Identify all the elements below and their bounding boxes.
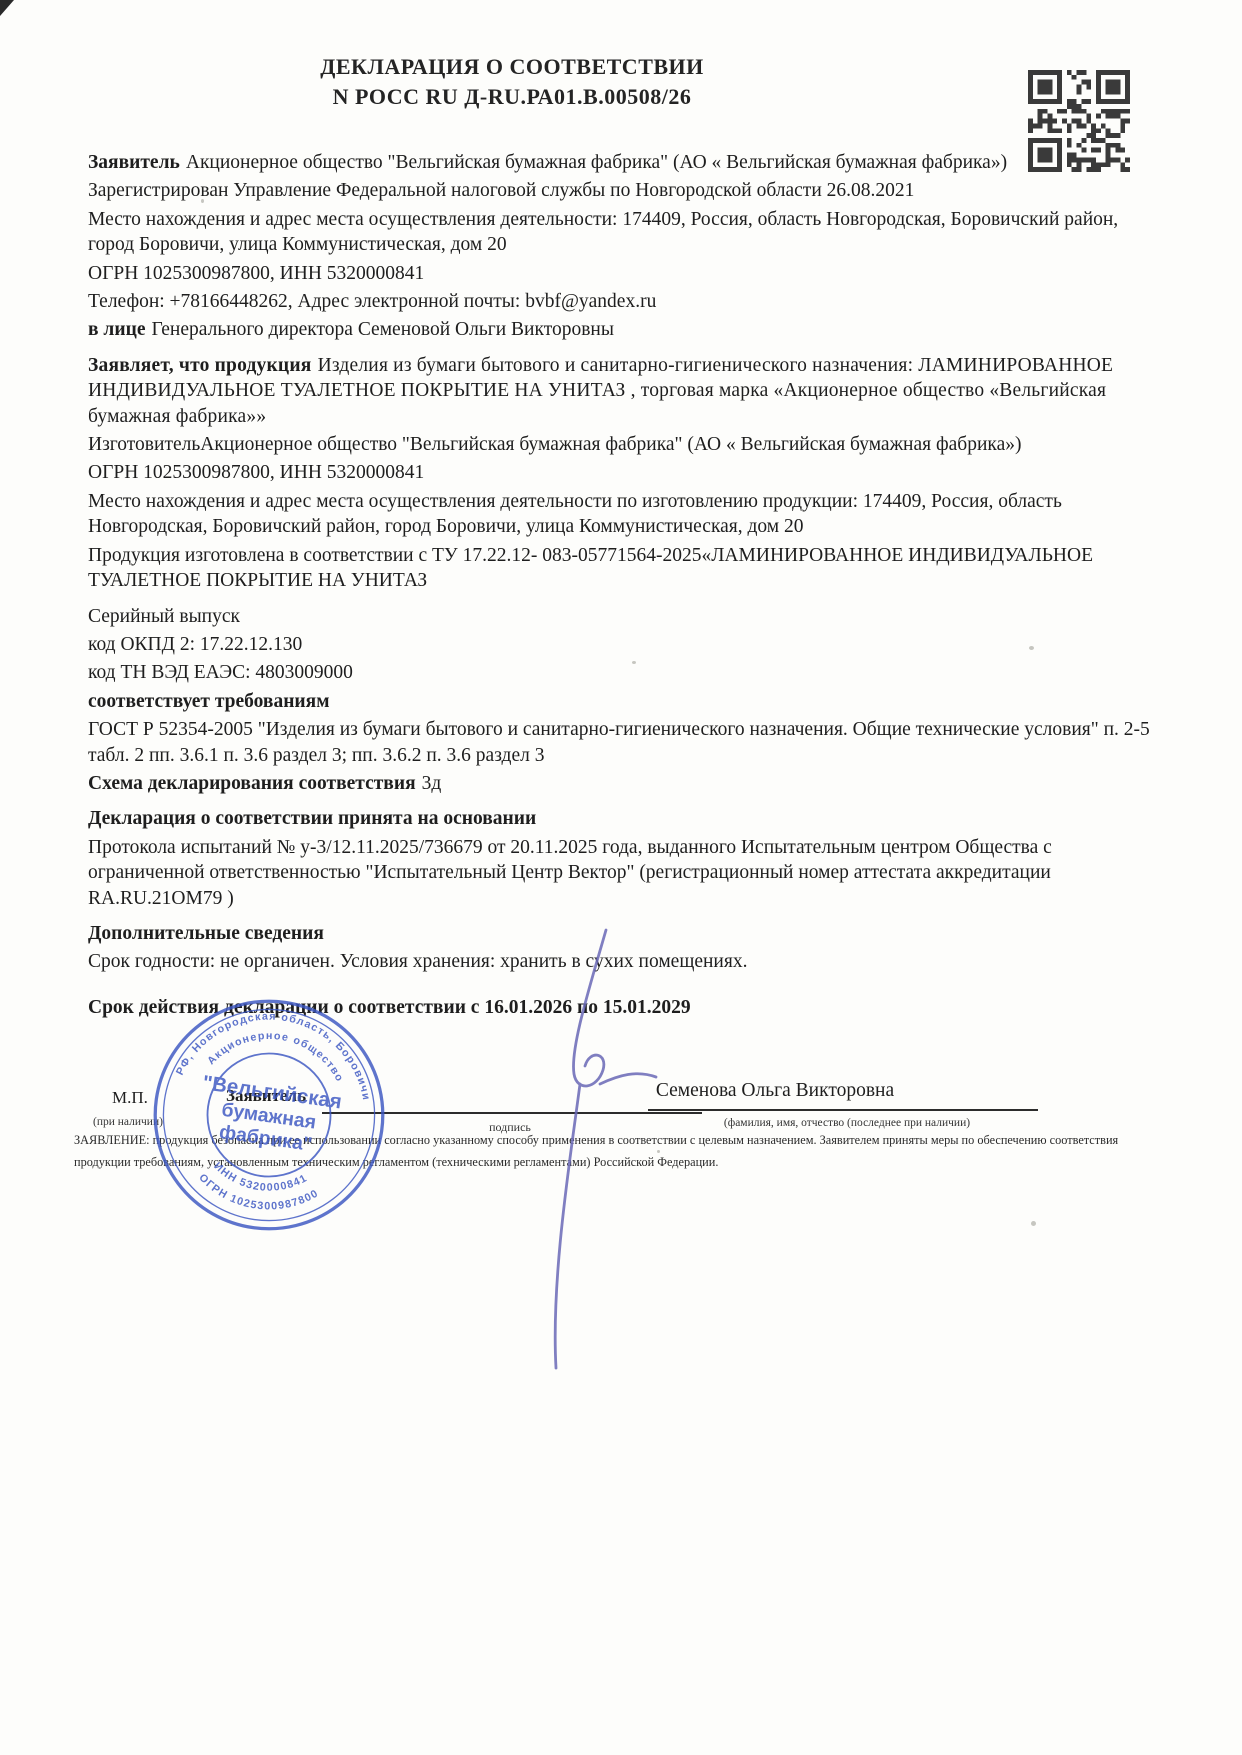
basis-text: Протокола испытаний № у-3/12.11.2025/736…	[88, 835, 1156, 911]
manufacturer-ogrn-inn: ОГРН 1025300987800, ИНН 5320000841	[88, 460, 1156, 485]
signatory-name: Семенова Ольга Викторовна	[615, 1080, 935, 1102]
stamp-ring-inner-text: Акционерное общество	[204, 1021, 351, 1086]
tnved-code: код ТН ВЭД ЕАЭС: 4803009000	[88, 660, 1156, 685]
manufacturer-paragraph: ИзготовительАкционерное общество "Вельги…	[88, 432, 1156, 457]
validity-line: Срок действия декларации о соответствии …	[88, 995, 1156, 1020]
svg-text:ОГРН 1025300987800: ОГРН 1025300987800	[193, 1171, 322, 1221]
scheme-label: Схема декларирования соответствия	[88, 773, 416, 794]
stamp-ogrn-text: ОГРН 1025300987800	[193, 1171, 322, 1221]
document-body: ЗаявительАкционерное общество "Вельгийск…	[88, 150, 1156, 1023]
statement-fine-print: ЗАЯВЛЕНИЕ: продукция безопасна при ее ис…	[74, 1130, 1166, 1173]
signature-applicant-label: Заявитель	[226, 1086, 306, 1106]
scan-corner-artifact	[0, 0, 14, 16]
paper-speck	[632, 661, 636, 664]
name-caption: (фамилия, имя, отчество (последнее при н…	[652, 1117, 1042, 1129]
manufacturer-address: Место нахождения и адрес места осуществл…	[88, 489, 1156, 540]
paper-speck	[1031, 1221, 1036, 1226]
in-person-line: в лицеГенерального директора Семеновой О…	[88, 317, 1156, 342]
applicant-address: Место нахождения и адрес места осуществл…	[88, 207, 1156, 258]
svg-text:Акционерное общество: Акционерное общество	[204, 1021, 351, 1086]
name-rule	[648, 1109, 1038, 1111]
applicant-paragraph: ЗаявительАкционерное общество "Вельгийск…	[88, 150, 1156, 175]
scanned-document-page: { "doc": { "title_line1": "ДЕКЛАРАЦИЯ О …	[0, 0, 1242, 1755]
okpd-code: код ОКПД 2: 17.22.12.130	[88, 632, 1156, 657]
requirements-label: соответствует требованиям	[88, 689, 1156, 714]
made-in-accordance: Продукция изготовлена в соответствии с Т…	[88, 543, 1156, 594]
declares-label: Заявляет, что продукция	[88, 355, 312, 376]
paper-speck	[657, 1150, 660, 1153]
in-person-label: в лице	[88, 319, 145, 340]
applicant-ogrn-inn: ОГРН 1025300987800, ИНН 5320000841	[88, 261, 1156, 286]
scheme-line: Схема декларирования соответствия3д	[88, 771, 1156, 796]
applicant-label: Заявитель	[88, 152, 180, 173]
document-title: ДЕКЛАРАЦИЯ О СООТВЕТСТВИИ N РОСС RU Д-RU…	[0, 52, 1024, 111]
signature-rule	[322, 1112, 702, 1114]
additional-label: Дополнительные сведения	[88, 921, 1156, 946]
manufacturer-label: Изготовитель	[88, 434, 200, 455]
basis-label: Декларация о соответствии принята на осн…	[88, 806, 1156, 831]
declares-paragraph: Заявляет, что продукцияИзделия из бумаги…	[88, 353, 1156, 429]
stamp-place-label: М.П.	[112, 1088, 148, 1108]
serial-issue: Серийный выпуск	[88, 604, 1156, 629]
paper-speck	[201, 199, 204, 203]
paper-speck	[1029, 646, 1034, 650]
applicant-contacts: Телефон: +78166448262, Адрес электронной…	[88, 289, 1156, 314]
title-line-2: N РОСС RU Д-RU.РА01.В.00508/26	[0, 82, 1024, 112]
requirements-text: ГОСТ Р 52354-2005 "Изделия из бумаги быт…	[88, 717, 1156, 768]
stamp-place-note: (при наличии)	[93, 1116, 163, 1128]
additional-text: Срок годности: не органичен. Условия хра…	[88, 949, 1156, 974]
registered-line: Зарегистрирован Управление Федеральной н…	[88, 178, 1156, 203]
title-line-1: ДЕКЛАРАЦИЯ О СООТВЕТСТВИИ	[0, 52, 1024, 82]
